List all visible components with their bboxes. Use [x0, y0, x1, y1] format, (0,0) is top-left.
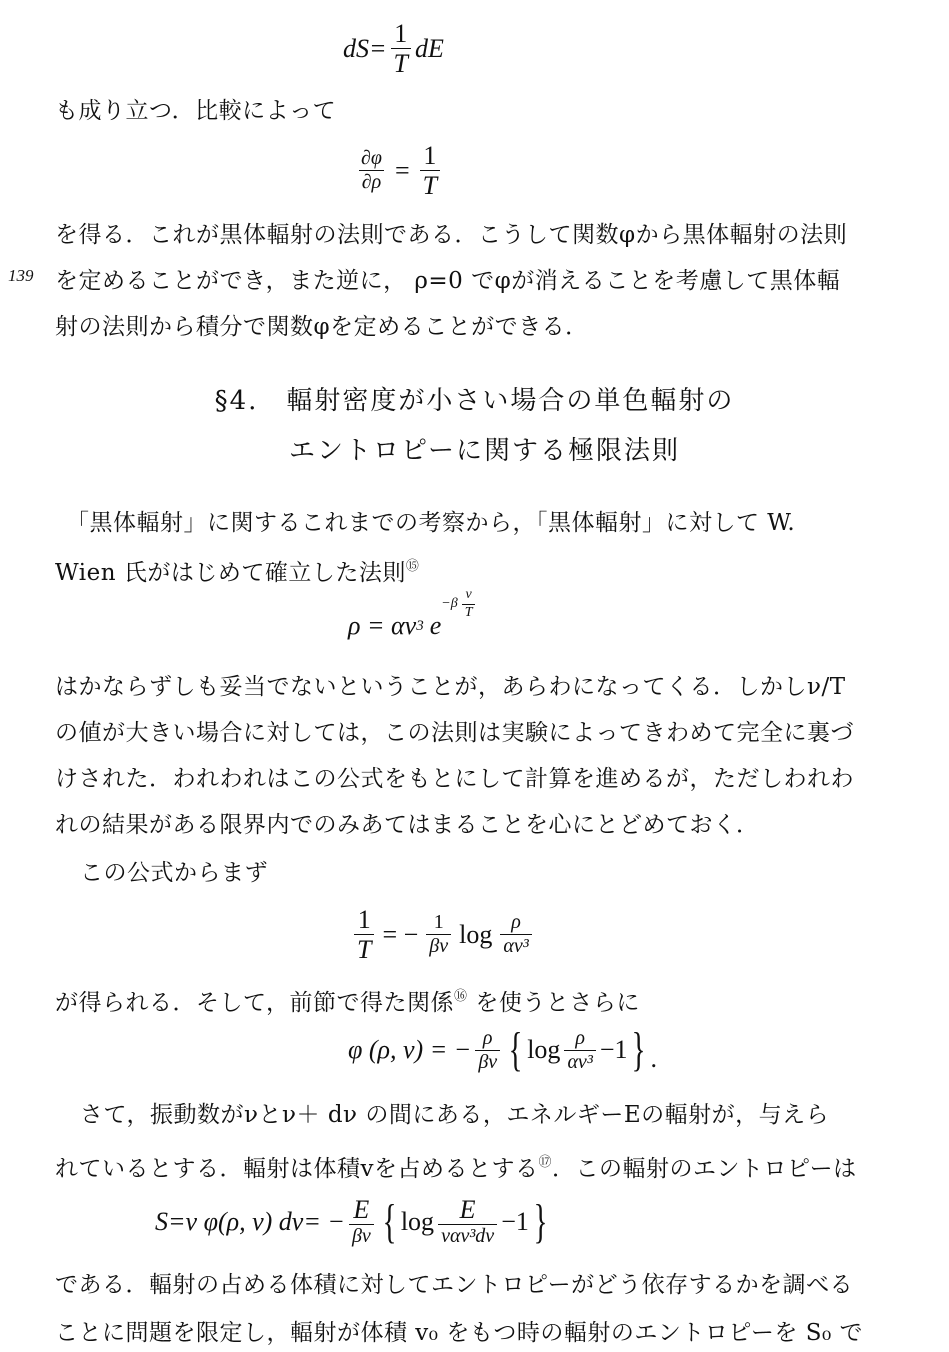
- paragraph-line: はかならずしも妥当でないということが，あらわになってくる．しかしν/T: [55, 672, 895, 702]
- equation-inverse-temperature: 1 T = − 1 βν log ρ αν³: [350, 906, 536, 964]
- footnote-ref: ⑯: [454, 989, 468, 1004]
- equals-sign: =: [395, 156, 410, 186]
- eq-lhs: dS=: [343, 34, 387, 64]
- numerator: ρ: [480, 1028, 496, 1050]
- equation-ds: dS= 1 T dE: [343, 20, 444, 78]
- paragraph-line: Wien 氏がはじめて確立した法則⑮: [55, 552, 895, 588]
- paragraph-line: 射の法則から積分で関数φを定めることができる．: [55, 312, 895, 342]
- equation-entropy: S=v φ(ρ, ν) dν= − E βν { log E vαν³dν −1…: [155, 1196, 552, 1247]
- footnote-ref: ⑰: [539, 1155, 553, 1170]
- log-function: log: [459, 920, 492, 950]
- section-heading: §4.輻射密度が小さい場合の単色輻射の: [0, 384, 949, 418]
- equation-wien-law: ρ = αν3 e −β ν T: [348, 610, 479, 642]
- log-function: log: [527, 1035, 560, 1065]
- left-brace: {: [509, 1026, 523, 1074]
- paragraph-text: れているとする．輻射は体積vを占めるとする: [55, 1156, 539, 1182]
- section-title-line1: 輻射密度が小さい場合の単色輻射の: [286, 386, 734, 416]
- paragraph-line: この公式からまず: [80, 858, 920, 888]
- numerator: 1: [431, 912, 447, 934]
- paragraph-text: ．この輻射のエントロピーは: [552, 1156, 857, 1182]
- exponent: 3: [416, 618, 424, 635]
- eq-lhs: S=v φ(ρ, ν) dν= −: [155, 1207, 345, 1237]
- denominator: βν: [475, 1050, 500, 1073]
- denominator: αν³: [564, 1050, 595, 1073]
- paragraph-line: さて，振動数がνとν＋ dν の間にある，エネルギーEの輻射が，与えら: [80, 1100, 920, 1130]
- fraction: ∂φ ∂ρ: [358, 148, 385, 193]
- paragraph-line: けされた．われわれはこの公式をもとにして計算を進めるが，ただしわれわ: [55, 764, 895, 794]
- numerator: 1: [420, 142, 439, 170]
- denominator: T: [462, 604, 476, 621]
- denominator: αν³: [500, 934, 531, 957]
- fraction: 1 βν: [426, 912, 451, 957]
- paragraph-line: を定めることができ，また逆に， ρ=0 でφが消えることを考慮して黒体輻: [55, 266, 895, 296]
- document-page: dS= 1 T dE も成り立つ．比較によって ∂φ ∂ρ = 1 T を得る．…: [0, 0, 949, 1352]
- paragraph-line: を得る．これが黒体輻射の法則である．こうして関数φから黒体輻射の法則: [55, 220, 895, 250]
- denominator: βν: [349, 1224, 374, 1247]
- left-brace: {: [382, 1198, 396, 1246]
- fraction: ρ αν³: [564, 1028, 595, 1073]
- paragraph-text: が得られる．そして，前節で得た関係: [55, 990, 454, 1016]
- numerator: 1: [355, 906, 374, 934]
- numerator: ρ: [508, 912, 524, 934]
- paragraph-line: の値が大きい場合に対しては，この法則は実験によってきわめて完全に裏づ: [55, 718, 895, 748]
- fraction: 1 T: [420, 142, 440, 200]
- log-function: log: [401, 1207, 434, 1237]
- section-number: §4.: [215, 386, 259, 416]
- eq-lhs: ρ = αν: [348, 611, 416, 641]
- minus-one: −1: [600, 1035, 628, 1065]
- denominator: T: [420, 170, 440, 199]
- fraction: ν T: [462, 588, 476, 620]
- numerator: 1: [391, 20, 410, 48]
- period: .: [651, 1044, 658, 1074]
- eq-rhs: dE: [415, 34, 444, 64]
- paragraph-line: も成り立つ．比較によって: [55, 96, 895, 126]
- denominator: βν: [426, 934, 451, 957]
- paragraph-line: が得られる．そして，前節で得た関係⑯ を使うとさらに: [55, 982, 895, 1018]
- fraction: 1 T: [391, 20, 411, 78]
- paragraph-text: を使うとさらに: [468, 990, 640, 1016]
- denominator: T: [354, 934, 374, 963]
- equals-minus: = −: [382, 920, 418, 950]
- paragraph-text: Wien 氏がはじめて確立した法則: [55, 560, 406, 586]
- fraction: E vαν³dν: [438, 1196, 497, 1247]
- footnote-ref: ⑮: [406, 559, 420, 574]
- exponent-coef: −β: [441, 596, 457, 612]
- right-brace: }: [533, 1198, 547, 1246]
- right-brace: }: [632, 1026, 646, 1074]
- numerator: E: [350, 1196, 372, 1224]
- section-title-line2: エントロピーに関する極限法則: [0, 434, 949, 468]
- denominator: T: [391, 48, 411, 77]
- numerator: E: [457, 1196, 479, 1224]
- fraction: E βν: [349, 1196, 374, 1247]
- equation-dphi-drho: ∂φ ∂ρ = 1 T: [354, 142, 444, 200]
- eq-lhs: φ (ρ, ν) = −: [348, 1035, 471, 1065]
- paragraph-line: れの結果がある限界内でのみあてはまることを心にとどめておく．: [55, 810, 895, 840]
- numerator: ∂φ: [358, 148, 385, 170]
- paragraph-line: である．輻射の占める体積に対してエントロピーがどう依存するかを調べる: [55, 1270, 895, 1300]
- denominator: ∂ρ: [359, 170, 384, 193]
- paragraph-line: れているとする．輻射は体積vを占めるとする⑰．この輻射のエントロピーは: [55, 1148, 895, 1184]
- numerator: ν: [462, 588, 474, 604]
- e-base: e: [430, 611, 442, 641]
- denominator: vαν³dν: [438, 1224, 497, 1247]
- numerator: ρ: [572, 1028, 588, 1050]
- margin-page-number: 139: [8, 266, 34, 286]
- fraction: ρ βν: [475, 1028, 500, 1073]
- paragraph-line: 「黒体輻射」に関するこれまでの考察から，「黒体輻射」に対して W.: [66, 508, 906, 538]
- fraction: 1 T: [354, 906, 374, 964]
- exponent-group: −β ν T: [441, 588, 479, 620]
- minus-one: −1: [501, 1207, 529, 1237]
- equation-phi: φ (ρ, ν) = − ρ βν { log ρ αν³ −1 } .: [348, 1026, 657, 1074]
- paragraph-line: ことに問題を限定し，輻射が体積 v₀ をもつ時の輻射のエントロピーを S₀ で: [55, 1318, 895, 1348]
- fraction: ρ αν³: [500, 912, 531, 957]
